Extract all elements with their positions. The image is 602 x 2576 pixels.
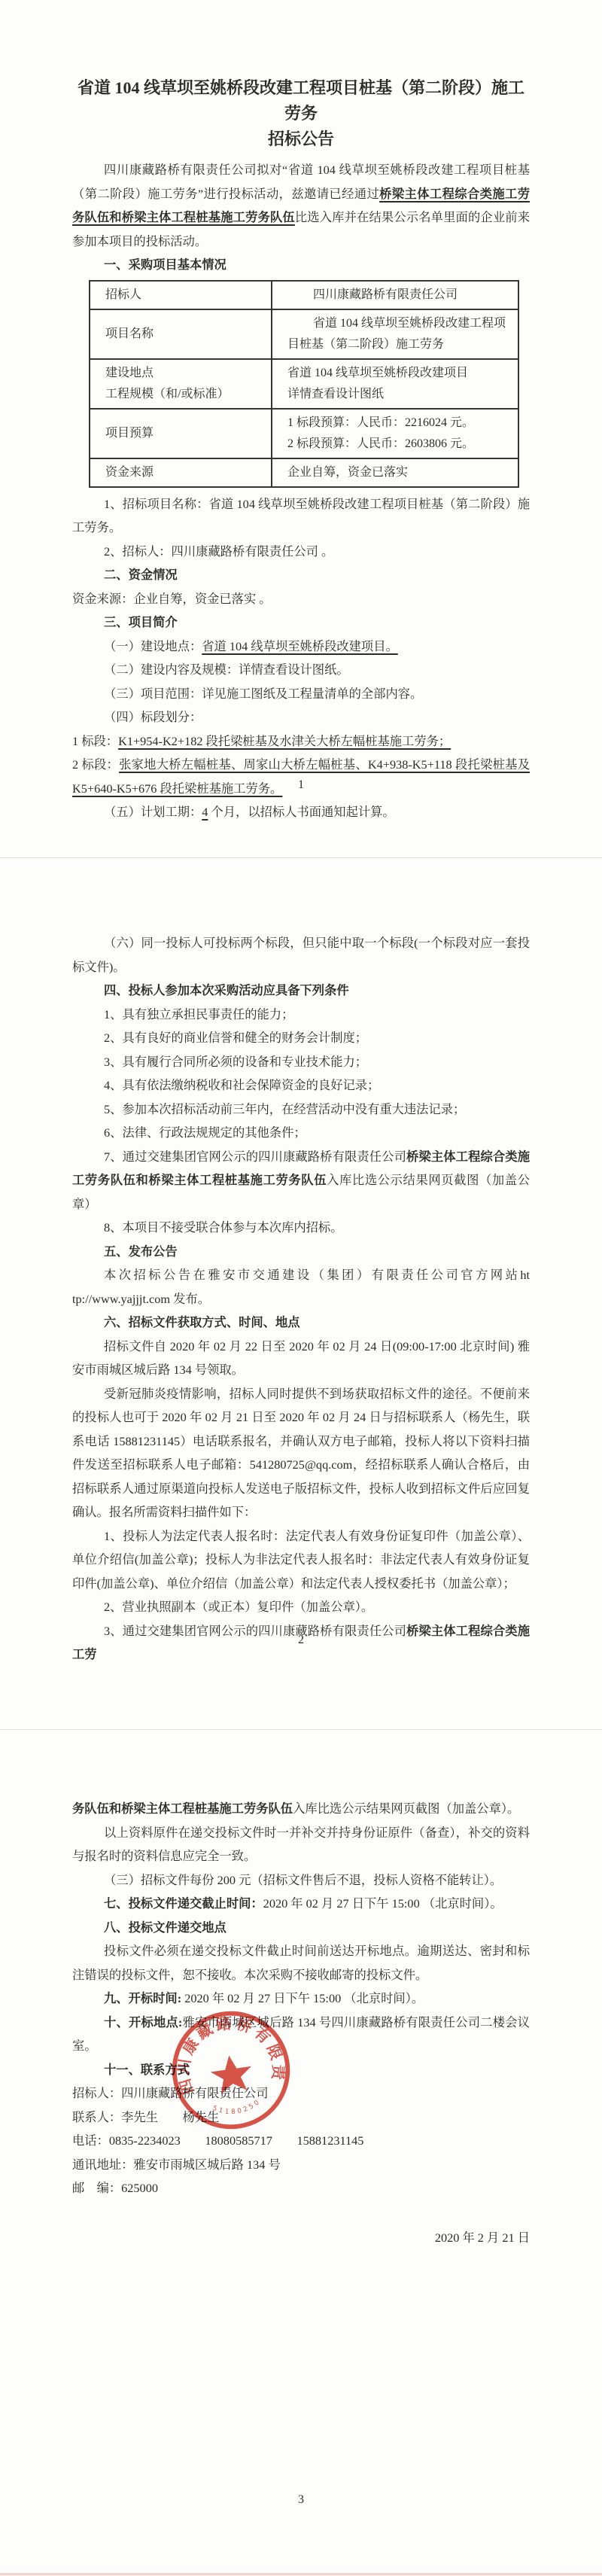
paragraph: 2、具有良好的商业信誉和健全的财务会计制度； — [72, 1026, 530, 1050]
text-segment: 投标文件必须在递交投标文件截止时间前送达开标地点。逾期送达、密封和标注错误的投标… — [72, 1944, 530, 1982]
paragraph: 1、投标人为法定代表人报名时：法定代表人有效身份证复印件（加盖公章）、单位介绍信… — [72, 1524, 530, 1596]
text-segment: 五、发布公告 — [104, 1244, 178, 1259]
paragraph: 4、具有依法缴纳税收和社会保障资金的良好记录； — [72, 1073, 530, 1098]
table-value-line: 详情查看设计图纸 — [287, 384, 512, 405]
paragraph: （六）同一投标人可投标两个标段，但只能中取一个标段(一个标段对应一套投标文件)。 — [72, 931, 530, 979]
doc-title-line: 省道 104 线草坝至姚桥段改建工程项目桩基（第二阶段）施工劳务 — [72, 75, 530, 126]
page-number: 2 — [0, 1634, 602, 1647]
paragraph: 2020 年 2 月 21 日 — [72, 2226, 530, 2250]
table-label-cell: 资金来源 — [90, 458, 272, 487]
text-segment: （三）招标文件每份 200 元（招标文件售后不退，投标人资格不能转让）。 — [104, 1873, 502, 1887]
text-segment: 省道 104 线草坝至姚桥段改建项目。 — [202, 639, 398, 653]
paragraph: 2 标段：张家地大桥左幅桩基、周家山大桥左幅桩基、K4+938-K5+118 段… — [72, 753, 530, 800]
paragraph: 十、开标地点:雅安市雨城区城后路 134 号四川康藏路桥有限责任公司二楼会议室。 — [72, 2011, 530, 2058]
page-number: 3 — [0, 2493, 602, 2507]
text-segment: 2020 年 2 月 21 日 — [435, 2230, 530, 2245]
paragraph: 以上资料原件在递交投标文件时一并补交并持身份证原件（备查），补交的资料与报名时的… — [72, 1821, 530, 1868]
text-segment: 联系人：李先生 杨先生 — [72, 2110, 219, 2124]
page-3: 务队伍和桥梁主体工程桩基施工劳务队伍入库比选公示结果网页截图（加盖公章）。以上资… — [0, 1730, 602, 2575]
text-segment: 以上资料原件在递交投标文件时一并补交并持身份证原件（备查），补交的资料与报名时的… — [72, 1825, 530, 1864]
text-segment: 通讯地址：雅安市雨城区城后路 134 号 — [72, 2157, 281, 2172]
text-segment: 2、具有良好的商业信誉和健全的财务会计制度； — [104, 1031, 367, 1045]
table-label-cell: 招标人 — [90, 281, 272, 309]
page-1-content: 省道 104 线草坝至姚桥段改建工程项目桩基（第二阶段）施工劳务招标公告四川康藏… — [72, 75, 530, 824]
table-label-line: 建设地点 — [105, 363, 265, 384]
paragraph: 资金来源：企业自筹，资金已落实 。 — [72, 587, 530, 611]
text-segment: 九、开标时间: — [104, 1991, 181, 2005]
section-heading: 八、投标文件递交地点 — [72, 1916, 530, 1940]
text-segment: （四）标段划分： — [104, 710, 202, 724]
paragraph: 招标人：四川康藏路桥有限责任公司 — [72, 2081, 530, 2106]
section-heading: 五、发布公告 — [72, 1240, 530, 1264]
text-segment: 1 标段： — [72, 734, 118, 748]
paragraph: 本次招标公告在雅安市交通建设（集团）有限责任公司官方网站http://www.y… — [72, 1263, 530, 1311]
text-segment: 1、具有独立承担民事责任的能力； — [104, 1007, 293, 1022]
text-segment: （二）建设内容及规模：详情查看设计图纸。 — [104, 662, 349, 677]
text-segment: 七、投标文件递交截止时间： — [104, 1896, 263, 1911]
text-segment: 2020 年 02 月 27 日下午 15:00 （北京时间）。 — [263, 1896, 503, 1911]
section-heading: 十一、联系方式 — [72, 2058, 530, 2082]
text-segment: 电话：0835-2234023 18080585717 15881231145 — [72, 2133, 363, 2148]
paragraph: （三）项目范围：详见施工图纸及工程量清单的全部内容。 — [72, 682, 530, 706]
text-segment: （五）计划工期： — [104, 805, 202, 819]
table-row: 招标人四川康藏路桥有限责任公司 — [90, 281, 518, 309]
text-segment: 十、开标地点: — [104, 2015, 182, 2029]
text-segment: 务队伍和桥梁主体工程桩基施工劳务队伍 — [72, 1801, 293, 1816]
text-segment: 省道 104 线草坝至姚桥段改建工程项目桩基（第二阶段）施工劳务 — [287, 317, 506, 351]
table-value-cell: 四川康藏路桥有限责任公司 — [272, 281, 518, 309]
text-segment: 1、投标人为法定代表人报名时：法定代表人有效身份证复印件（加盖公章）、单位介绍信… — [72, 1529, 530, 1591]
project-info-table: 招标人四川康藏路桥有限责任公司项目名称省道 104 线草坝至姚桥段改建工程项目桩… — [89, 280, 519, 488]
paragraph: 2、招标人：四川康藏路桥有限责任公司 。 — [72, 540, 530, 564]
text-segment: （六）同一投标人可投标两个标段，但只能中取一个标段(一个标段对应一套投标文件)。 — [72, 936, 530, 974]
text-segment: 2、招标人：四川康藏路桥有限责任公司 。 — [104, 544, 333, 559]
table-value-cell: 省道 104 线草坝至姚桥段改建工程项目桩基（第二阶段）施工劳务 — [272, 309, 518, 359]
table-label-cell: 项目名称 — [90, 309, 272, 359]
table-value-line: 省道 104 线草坝至姚桥段改建项目 — [287, 363, 512, 384]
paragraph: 投标文件必须在递交投标文件截止时间前送达开标地点。逾期送达、密封和标注错误的投标… — [72, 1939, 530, 1987]
paragraph: 6、法律、行政法规规定的其他条件； — [72, 1121, 530, 1145]
paragraph: 受新冠肺炎疫情影响，招标人同时提供不到场获取招标文件的途径。不便前来的投标人也可… — [72, 1382, 530, 1524]
page-2-content: （六）同一投标人可投标两个标段，但只能中取一个标段(一个标段对应一套投标文件)。… — [72, 931, 530, 1667]
text-segment: 省道 104 线草坝至姚桥段改建项目 — [287, 367, 468, 379]
doc-title: 省道 104 线草坝至姚桥段改建工程项目桩基（第二阶段）施工劳务招标公告 — [72, 75, 530, 152]
table-value-line: 2 标段预算：人民币：2603806 元。 — [287, 434, 512, 455]
table-row: 项目名称省道 104 线草坝至姚桥段改建工程项目桩基（第二阶段）施工劳务 — [90, 309, 518, 359]
paragraph: 招标文件自 2020 年 02 月 22 日至 2020 年 02 月 24 日… — [72, 1335, 530, 1382]
text-segment: （一）建设地点： — [104, 639, 202, 653]
table-value-line: 省道 104 线草坝至姚桥段改建工程项目桩基（第二阶段）施工劳务 — [287, 313, 512, 355]
section-heading: 二、资金情况 — [72, 563, 530, 587]
section-heading: 三、项目简介 — [72, 611, 530, 635]
table-value-cell: 省道 104 线草坝至姚桥段改建项目详情查看设计图纸 — [272, 359, 518, 409]
text-segment: 2 标段预算：人民币：2603806 元。 — [287, 437, 474, 450]
paragraph: （四）标段划分： — [72, 705, 530, 729]
paragraph: 8、本项目不接受联合体参与本次库内招标。 — [72, 1216, 530, 1240]
text-segment: 3、具有履行合同所必须的设备和专业技术能力； — [104, 1055, 367, 1069]
text-segment: 十一、联系方式 — [104, 2063, 190, 2077]
text-segment: 招标文件自 2020 年 02 月 22 日至 2020 年 02 月 24 日… — [72, 1339, 530, 1378]
table-label-line: 招标人 — [105, 285, 265, 306]
text-segment: 三、项目简介 — [104, 615, 178, 629]
paragraph: 联系人：李先生 杨先生 — [72, 2106, 530, 2130]
page-number: 1 — [0, 778, 602, 792]
text-segment: 个月，以招标人书面通知起计算。 — [208, 805, 394, 819]
paragraph: 通讯地址：雅安市雨城区城后路 134 号 — [72, 2153, 530, 2177]
text-segment: 四川康藏路桥有限责任公司 — [313, 288, 458, 301]
paragraph: 7、通过交建集团官网公示的四川康藏路桥有限责任公司桥梁主体工程综合类施工劳务队伍… — [72, 1145, 530, 1216]
paragraph: （三）招标文件每份 200 元（招标文件售后不退，投标人资格不能转让）。 — [72, 1868, 530, 1892]
table-value-cell: 企业自筹，资金已落实 — [272, 458, 518, 487]
text-segment: 2、营业执照副本（或正本）复印件（加盖公章）。 — [104, 1600, 373, 1614]
section-heading: 一、采购项目基本情况 — [72, 253, 530, 277]
text-segment: 本次招标公告在雅安市交通建设（集团）有限责任公司官方网站 — [104, 1268, 520, 1282]
table-label-line: 资金来源 — [105, 462, 265, 483]
text-segment: 详情查看设计图纸 — [287, 388, 384, 400]
table-value-cell: 1 标段预算：人民币：2216024 元。2 标段预算：人民币：2603806 … — [272, 409, 518, 458]
text-segment: 1、招标项目名称：省道 104 线草坝至姚桥段改建工程项目桩基（第二阶段）施工劳… — [72, 497, 530, 535]
table-row: 资金来源企业自筹，资金已落实 — [90, 458, 518, 487]
table-label-cell: 建设地点工程规模（和/或标准） — [90, 359, 272, 409]
text-segment: 六、招标文件获取方式、时间、地点 — [104, 1315, 300, 1329]
section-heading: 六、招标文件获取方式、时间、地点 — [72, 1311, 530, 1335]
paragraph: 1、具有独立承担民事责任的能力； — [72, 1003, 530, 1027]
table-value-line: 四川康藏路桥有限责任公司 — [287, 285, 512, 306]
text-segment: 7、通过交建集团官网公示的四川康藏路桥有限责任公司 — [104, 1149, 406, 1164]
paragraph: 九、开标时间: 2020 年 02 月 27 日下午 15:00 （北京时间）。 — [72, 1987, 530, 2011]
doc-title-line: 招标公告 — [72, 126, 530, 152]
text-segment: 受新冠肺炎疫情影响，招标人同时提供不到场获取招标文件的途径。不便前来的投标人也可… — [72, 1387, 530, 1520]
paragraph: 1、招标项目名称：省道 104 线草坝至姚桥段改建工程项目桩基（第二阶段）施工劳… — [72, 492, 530, 540]
page-2: （六）同一投标人可投标两个标段，但只能中取一个标段(一个标段对应一套投标文件)。… — [0, 858, 602, 1730]
text-segment: 6、法律、行政法规规定的其他条件； — [104, 1125, 306, 1140]
table-row: 项目预算1 标段预算：人民币：2216024 元。2 标段预算：人民币：2603… — [90, 409, 518, 458]
paragraph: （一）建设地点：省道 104 线草坝至姚桥段改建项目。 — [72, 635, 530, 659]
text-segment: 邮 编：625000 — [72, 2181, 158, 2195]
paragraph: （五）计划工期：4 个月，以招标人书面通知起计算。 — [72, 800, 530, 824]
text-segment: K1+954-K2+182 段托梁桩基及水津关大桥左幅桩基施工劳务； — [118, 734, 451, 748]
text-segment: 2 标段： — [72, 757, 119, 772]
text-segment: 5、参加本次招标活动前三年内，在经营活动中没有重大违法记录； — [104, 1102, 465, 1116]
table-label-cell: 项目预算 — [90, 409, 272, 458]
table-value-line: 1 标段预算：人民币：2216024 元。 — [287, 413, 512, 434]
text-segment: 2020 年 02 月 27 日下午 15:00 （北京时间）。 — [181, 1991, 424, 2005]
text-segment: 1 标段预算：人民币：2216024 元。 — [287, 416, 474, 429]
text-segment: 一、采购项目基本情况 — [104, 257, 227, 272]
paragraph: 2、营业执照副本（或正本）复印件（加盖公章）。 — [72, 1595, 530, 1619]
text-segment: 八、投标文件递交地点 — [104, 1920, 227, 1935]
paragraph: 七、投标文件递交截止时间：2020 年 02 月 27 日下午 15:00 （北… — [72, 1892, 530, 1916]
text-segment: 二、资金情况 — [104, 568, 178, 582]
text-segment: （三）项目范围：详见施工图纸及工程量清单的全部内容。 — [104, 687, 422, 701]
table-label-line: 工程规模（和/或标准） — [105, 384, 265, 405]
table-label-line: 项目预算 — [105, 423, 265, 444]
paragraph: 1 标段：K1+954-K2+182 段托梁桩基及水津关大桥左幅桩基施工劳务； — [72, 729, 530, 754]
paragraph: 邮 编：625000 — [72, 2176, 530, 2200]
text-segment: 4、具有依法缴纳税收和社会保障资金的良好记录； — [104, 1078, 379, 1092]
paragraph: 3、具有履行合同所必须的设备和专业技术能力； — [72, 1050, 530, 1074]
text-segment: 8、本项目不接受联合体参与本次库内招标。 — [104, 1220, 343, 1235]
text-segment: 招标人：四川康藏路桥有限责任公司 — [72, 2086, 269, 2100]
paragraph: 5、参加本次招标活动前三年内，在经营活动中没有重大违法记录； — [72, 1098, 530, 1122]
paragraph: 电话：0835-2234023 18080585717 15881231145 — [72, 2129, 530, 2153]
paragraph: 四川康藏路桥有限责任公司拟对“省道 104 线草坝至姚桥段改建工程项目桩基（第二… — [72, 158, 530, 253]
paragraph: （二）建设内容及规模：详情查看设计图纸。 — [72, 658, 530, 682]
table-label-line: 项目名称 — [105, 324, 265, 345]
section-heading: 四、投标人参加本次采购活动应具备下列条件 — [72, 979, 530, 1003]
text-segment: 四、投标人参加本次采购活动应具备下列条件 — [104, 983, 349, 997]
text-segment: 企业自筹，资金已落实 — [287, 466, 408, 479]
page-3-content: 务队伍和桥梁主体工程桩基施工劳务队伍入库比选公示结果网页截图（加盖公章）。以上资… — [72, 1797, 530, 2249]
table-value-line: 企业自筹，资金已落实 — [287, 462, 512, 483]
paragraph: 务队伍和桥梁主体工程桩基施工劳务队伍入库比选公示结果网页截图（加盖公章）。 — [72, 1797, 530, 1821]
text-segment: 入库比选公示结果网页截图（加盖公章）。 — [293, 1801, 519, 1816]
text-segment: 资金来源：企业自筹，资金已落实 。 — [72, 592, 272, 606]
table-row: 建设地点工程规模（和/或标准）省道 104 线草坝至姚桥段改建项目详情查看设计图… — [90, 359, 518, 409]
page-1: 省道 104 线草坝至姚桥段改建工程项目桩基（第二阶段）施工劳务招标公告四川康藏… — [0, 0, 602, 858]
